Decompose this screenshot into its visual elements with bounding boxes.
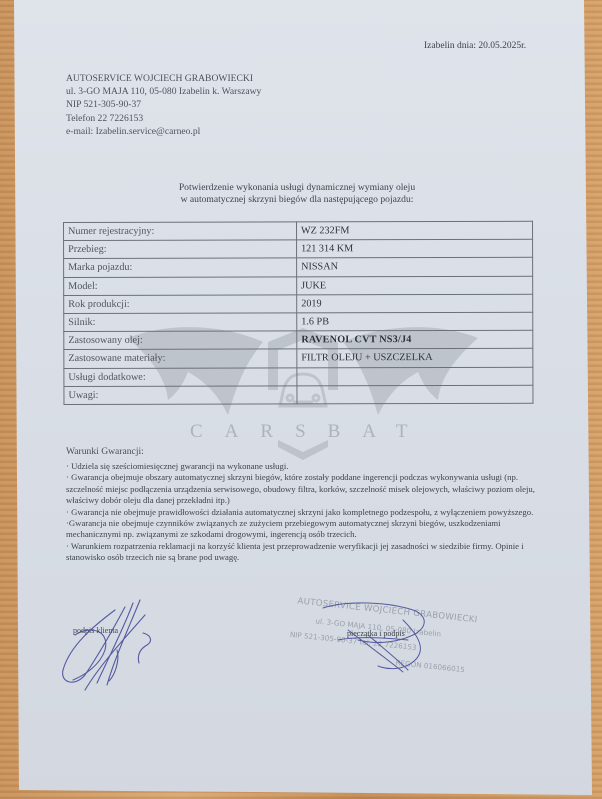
warranty-title: Warunki Gwarancji: — [66, 446, 144, 457]
row-label: Marka pojazdu: — [64, 258, 297, 277]
warranty-term: · Warunkiem rozpatrzenia reklamacji na k… — [66, 541, 536, 564]
table-row: Przebieg:121 314 KM — [64, 239, 533, 258]
intro-line-2: w automatycznej skrzyni biegów dla nastę… — [147, 194, 447, 206]
warranty-term: · Gwarancja nie obejmuje prawidłowości d… — [66, 507, 536, 518]
table-row: Rok produkcji:2019 — [64, 294, 533, 313]
production-year: 2019 — [297, 294, 533, 313]
warranty-document: Izabelin dnia: 20.05.2025r. AUTOSERVICE … — [0, 0, 602, 799]
carsbat-watermark-text: CARSBAT — [190, 421, 430, 443]
warranty-term: · Udziela się sześciomiesięcznej gwaranc… — [66, 461, 536, 472]
stamp-regon: REGON 016066015 — [395, 658, 465, 674]
registration-number: WZ 232FM — [297, 221, 533, 240]
table-row: Marka pojazdu:NISSAN — [64, 258, 533, 277]
company-address: ul. 3-GO MAJA 110, 05-080 Izabelin k. Wa… — [66, 85, 261, 98]
stamp-signature-label: pieczątka i podpis — [347, 629, 405, 638]
remarks — [297, 385, 533, 404]
company-stamp: AUTOSERVICE WOJCIECH GRABOWIECKI ul. 3-G… — [286, 596, 503, 698]
materials-used: FILTR OLEJU + USZCZELKA — [297, 349, 533, 368]
vehicle-make: NISSAN — [297, 258, 533, 277]
company-email: e-mail: Izabelin.service@carneo.pl — [66, 125, 261, 138]
row-label: Silnik: — [64, 313, 297, 332]
document-date: Izabelin dnia: 20.05.2025r. — [424, 41, 526, 51]
intro-line-1: Potwierdzenie wykonania usługi dynamiczn… — [147, 182, 447, 194]
vehicle-model: JUKE — [297, 276, 533, 295]
oil-used: RAVENOL CVT NS3/J4 — [297, 330, 533, 349]
table-row: Silnik:1.6 PB — [64, 312, 533, 331]
row-label: Uwagi: — [64, 386, 297, 405]
row-label: Usługi dodatkowe: — [64, 367, 297, 386]
table-row: Numer rejestracyjny:WZ 232FM — [64, 221, 533, 240]
company-nip: NIP 521-305-90-37 — [66, 98, 261, 111]
row-label: Numer rejestracyjny: — [64, 222, 297, 241]
engine: 1.6 PB — [297, 312, 533, 331]
document-intro: Potwierdzenie wykonania usługi dynamiczn… — [147, 182, 447, 207]
client-signature-label: podpis klienta — [73, 626, 118, 635]
company-phone: Telefon 22 7226153 — [66, 112, 261, 125]
vehicle-details-table: Numer rejestracyjny:WZ 232FM Przebieg:12… — [63, 221, 533, 405]
company-name: AUTOSERVICE WOJCIECH GRABOWIECKI — [66, 72, 261, 85]
warranty-terms: · Udziela się sześciomiesięcznej gwaranc… — [66, 461, 536, 564]
table-row: Uwagi: — [64, 385, 533, 404]
row-label: Zastosowany olej: — [64, 331, 297, 350]
table-row: Zastosowany olej:RAVENOL CVT NS3/J4 — [64, 330, 533, 349]
warranty-term: · Gwarancja obejmuje obszary automatyczn… — [66, 472, 536, 506]
mileage: 121 314 KM — [297, 239, 533, 258]
client-signature-icon — [55, 595, 165, 695]
company-header: AUTOSERVICE WOJCIECH GRABOWIECKI ul. 3-G… — [66, 72, 261, 138]
additional-services — [297, 367, 533, 386]
warranty-term: ·Gwarancja nie obejmuje czynników związa… — [66, 518, 536, 541]
row-label: Model: — [64, 276, 297, 295]
table-row: Model:JUKE — [64, 276, 533, 295]
row-label: Rok produkcji: — [64, 295, 297, 314]
table-row: Usługi dodatkowe: — [64, 367, 533, 386]
row-label: Przebieg: — [64, 240, 297, 259]
row-label: Zastosowane materiały: — [64, 349, 297, 368]
table-row: Zastosowane materiały:FILTR OLEJU + USZC… — [64, 349, 533, 368]
